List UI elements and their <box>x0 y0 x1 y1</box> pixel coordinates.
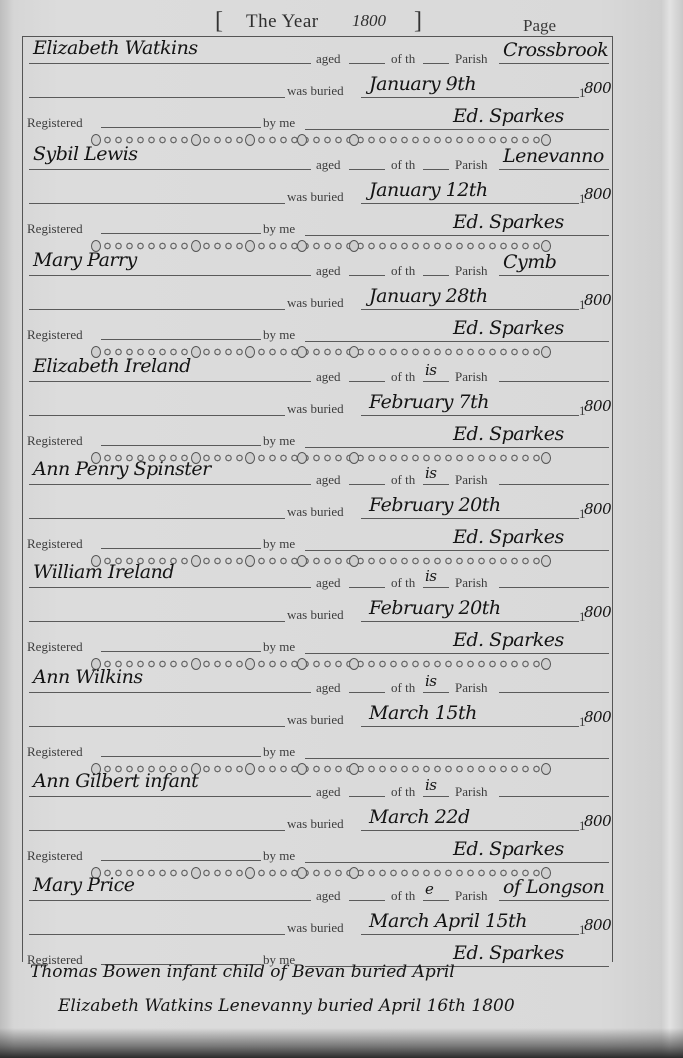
buried-date-rule <box>361 726 579 727</box>
name-rule <box>29 587 311 588</box>
entry-year-suffix: 800 <box>584 500 611 518</box>
buried-date-rule <box>361 934 579 935</box>
entry-name: Elizabeth Watkins <box>33 37 198 59</box>
by-me-label: by me <box>263 639 295 655</box>
registered-rule <box>101 339 261 340</box>
aged-rule <box>349 587 385 588</box>
aged-label: aged <box>316 157 341 173</box>
was-buried-label: was buried <box>287 607 344 623</box>
by-me-label: by me <box>263 848 295 864</box>
parish-label: Parish <box>455 680 488 696</box>
buried-date-rule <box>361 518 579 519</box>
buried-rule-left <box>29 934 285 935</box>
by-me-rule <box>305 550 609 551</box>
aged-rule <box>349 169 385 170</box>
name-rule <box>29 275 311 276</box>
buried-date-rule <box>361 309 579 310</box>
header-year: 1800 <box>352 11 386 31</box>
was-buried-label: was buried <box>287 504 344 520</box>
parish-rule <box>499 275 609 276</box>
entry-name: Mary Parry <box>33 249 137 271</box>
entry-year-suffix: 800 <box>584 397 611 415</box>
entry-registrar-signature: Ed. Sparkes <box>453 526 564 548</box>
burial-entry: Mary Parry aged of th Parish Cymb was bu… <box>23 251 614 355</box>
registered-rule <box>101 548 261 549</box>
entry-name: Elizabeth Ireland <box>33 355 191 377</box>
registered-rule <box>101 860 261 861</box>
registered-label: Registered <box>27 744 83 760</box>
footer-note-line-1: Thomas Bowen infant child of Bevan burie… <box>30 962 670 982</box>
registered-rule <box>101 651 261 652</box>
was-buried-label: was buried <box>287 401 344 417</box>
of-the-rule <box>423 63 449 64</box>
entry-of-the: is <box>425 567 437 585</box>
entry-registrar-signature: Ed. Sparkes <box>453 942 564 964</box>
aged-label: aged <box>316 369 341 385</box>
aged-rule <box>349 275 385 276</box>
entry-year-suffix: 800 <box>584 291 611 309</box>
parish-rule <box>499 900 609 901</box>
by-me-rule <box>305 447 609 448</box>
registered-rule <box>101 445 261 446</box>
header-title: The Year <box>246 11 319 33</box>
burial-entry: William Ireland aged of th is Parish was… <box>23 563 614 667</box>
of-the-label: of th <box>391 263 415 279</box>
entry-buried-date: March 15th <box>369 702 477 724</box>
burial-entry: Ann Penry Spinster aged of th is Parish … <box>23 460 614 564</box>
buried-rule-left <box>29 309 285 310</box>
registered-label: Registered <box>27 536 83 552</box>
burial-entry: Sybil Lewis aged of th Parish Lenevanno … <box>23 145 614 249</box>
entry-buried-date: January 9th <box>369 73 476 95</box>
registered-rule <box>101 233 261 234</box>
burial-entry: Ann Wilkins aged of th is Parish was bur… <box>23 668 614 772</box>
registered-label: Registered <box>27 848 83 864</box>
by-me-rule <box>305 862 609 863</box>
header-bracket-right: ] <box>414 8 422 35</box>
by-me-label: by me <box>263 221 295 237</box>
name-rule <box>29 796 311 797</box>
registered-label: Registered <box>27 327 83 343</box>
buried-rule-left <box>29 203 285 204</box>
entry-registrar-signature: Ed. Sparkes <box>453 629 564 651</box>
chain-divider <box>91 241 551 251</box>
entry-year-suffix: 800 <box>584 185 611 203</box>
registered-label: Registered <box>27 221 83 237</box>
burial-entry: Elizabeth Ireland aged of th is Parish w… <box>23 357 614 461</box>
burial-entry: Elizabeth Watkins aged of th Parish Cros… <box>23 39 614 143</box>
entry-year-suffix: 800 <box>584 916 611 934</box>
register-page: [ The Year 1800 ] Page Elizabeth Watkins… <box>0 0 683 1058</box>
footer-note-line-2: Elizabeth Watkins Lenevanny buried April… <box>58 996 683 1016</box>
name-rule <box>29 63 311 64</box>
was-buried-label: was buried <box>287 189 344 205</box>
page-edge <box>661 0 683 1058</box>
entry-registrar-signature: Ed. Sparkes <box>453 838 564 860</box>
by-me-rule <box>305 341 609 342</box>
of-the-rule <box>423 484 449 485</box>
entry-year-suffix: 800 <box>584 812 611 830</box>
entry-buried-date: January 12th <box>369 179 488 201</box>
entry-of-the: is <box>425 776 437 794</box>
entry-name: Ann Wilkins <box>33 666 143 688</box>
by-me-label: by me <box>263 536 295 552</box>
name-rule <box>29 900 311 901</box>
buried-rule-left <box>29 830 285 831</box>
buried-date-rule <box>361 415 579 416</box>
was-buried-label: was buried <box>287 295 344 311</box>
of-the-label: of th <box>391 784 415 800</box>
name-rule <box>29 381 311 382</box>
registered-rule <box>101 756 261 757</box>
header-bracket-left: [ <box>215 8 223 35</box>
of-the-label: of th <box>391 157 415 173</box>
entry-of-the: is <box>425 361 437 379</box>
registered-label: Registered <box>27 639 83 655</box>
aged-rule <box>349 381 385 382</box>
parish-label: Parish <box>455 472 488 488</box>
aged-rule <box>349 796 385 797</box>
name-rule <box>29 169 311 170</box>
by-me-rule <box>305 653 609 654</box>
entry-year-suffix: 800 <box>584 79 611 97</box>
entry-registrar-signature: Ed. Sparkes <box>453 317 564 339</box>
of-the-rule <box>423 796 449 797</box>
was-buried-label: was buried <box>287 83 344 99</box>
burial-register-table: Elizabeth Watkins aged of th Parish Cros… <box>22 36 613 962</box>
aged-rule <box>349 63 385 64</box>
of-the-rule <box>423 900 449 901</box>
of-the-label: of th <box>391 369 415 385</box>
by-me-label: by me <box>263 327 295 343</box>
aged-label: aged <box>316 680 341 696</box>
of-the-label: of th <box>391 472 415 488</box>
registered-rule <box>101 127 261 128</box>
aged-label: aged <box>316 51 341 67</box>
parish-label: Parish <box>455 51 488 67</box>
entry-registrar-signature: Ed. Sparkes <box>453 105 564 127</box>
by-me-label: by me <box>263 433 295 449</box>
of-the-label: of th <box>391 51 415 67</box>
parish-label: Parish <box>455 157 488 173</box>
entry-buried-date: March 22d <box>369 806 470 828</box>
aged-rule <box>349 692 385 693</box>
page-header: [ The Year 1800 ] Page <box>0 6 683 36</box>
entry-name: Ann Penry Spinster <box>33 458 211 480</box>
parish-rule <box>499 587 609 588</box>
entry-registrar-signature: Ed. Sparkes <box>453 423 564 445</box>
entry-name: Ann Gilbert infant <box>33 770 198 792</box>
buried-date-rule <box>361 621 579 622</box>
buried-rule-left <box>29 97 285 98</box>
entry-buried-date: January 28th <box>369 285 488 307</box>
parish-label: Parish <box>455 263 488 279</box>
of-the-rule <box>423 381 449 382</box>
registered-label: Registered <box>27 115 83 131</box>
name-rule <box>29 484 311 485</box>
entry-of-the: is <box>425 672 437 690</box>
of-the-label: of th <box>391 575 415 591</box>
aged-rule <box>349 484 385 485</box>
parish-rule <box>499 484 609 485</box>
buried-rule-left <box>29 518 285 519</box>
by-me-rule <box>305 758 609 759</box>
parish-label: Parish <box>455 369 488 385</box>
by-me-label: by me <box>263 115 295 131</box>
registered-label: Registered <box>27 433 83 449</box>
by-me-rule <box>305 129 609 130</box>
burial-entry: Ann Gilbert infant aged of th is Parish … <box>23 772 614 876</box>
entry-of-the: is <box>425 464 437 482</box>
buried-date-rule <box>361 97 579 98</box>
parish-rule <box>499 796 609 797</box>
buried-rule-left <box>29 415 285 416</box>
aged-label: aged <box>316 784 341 800</box>
entry-buried-date: February 20th <box>369 597 501 619</box>
was-buried-label: was buried <box>287 816 344 832</box>
by-me-label: by me <box>263 744 295 760</box>
entry-buried-date: February 7th <box>369 391 489 413</box>
entry-parish: Crossbrook <box>503 39 608 61</box>
parish-rule <box>499 692 609 693</box>
of-the-rule <box>423 587 449 588</box>
of-the-label: of th <box>391 888 415 904</box>
buried-date-rule <box>361 830 579 831</box>
entry-name: Sybil Lewis <box>33 143 138 165</box>
aged-label: aged <box>316 888 341 904</box>
parish-rule <box>499 381 609 382</box>
aged-label: aged <box>316 472 341 488</box>
entry-parish: of Longson <box>503 876 604 898</box>
entry-parish: Lenevanno <box>503 145 604 167</box>
buried-rule-left <box>29 621 285 622</box>
of-the-rule <box>423 169 449 170</box>
page-number-label: Page <box>523 16 556 36</box>
parish-rule <box>499 169 609 170</box>
chain-divider <box>91 135 551 145</box>
buried-rule-left <box>29 726 285 727</box>
entry-year-suffix: 800 <box>584 603 611 621</box>
was-buried-label: was buried <box>287 712 344 728</box>
of-the-rule <box>423 275 449 276</box>
aged-rule <box>349 900 385 901</box>
parish-label: Parish <box>455 575 488 591</box>
entry-registrar-signature: Ed. Sparkes <box>453 211 564 233</box>
by-me-rule <box>305 235 609 236</box>
entry-year-suffix: 800 <box>584 708 611 726</box>
was-buried-label: was buried <box>287 920 344 936</box>
buried-date-rule <box>361 203 579 204</box>
page-bottom-shadow <box>0 1028 683 1058</box>
parish-label: Parish <box>455 784 488 800</box>
entry-name: William Ireland <box>33 561 174 583</box>
entry-of-the: e <box>425 880 433 898</box>
of-the-label: of th <box>391 680 415 696</box>
parish-label: Parish <box>455 888 488 904</box>
entry-parish: Cymb <box>503 251 556 273</box>
entry-name: Mary Price <box>33 874 134 896</box>
aged-label: aged <box>316 575 341 591</box>
of-the-rule <box>423 692 449 693</box>
aged-label: aged <box>316 263 341 279</box>
entry-buried-date: March April 15th <box>369 910 527 932</box>
entry-buried-date: February 20th <box>369 494 501 516</box>
parish-rule <box>499 63 609 64</box>
name-rule <box>29 692 311 693</box>
